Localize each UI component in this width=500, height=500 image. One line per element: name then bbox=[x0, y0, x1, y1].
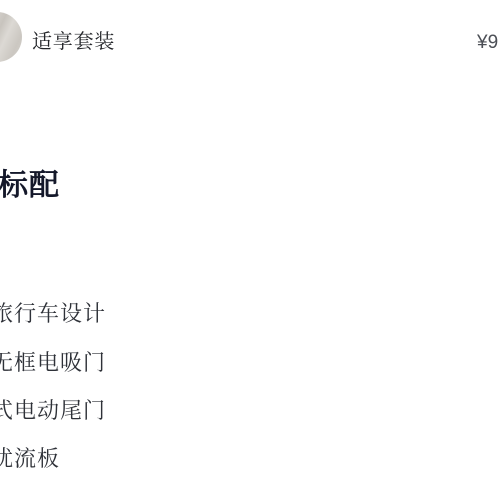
feature-item-spoiler: 扰流板 bbox=[0, 445, 60, 472]
package-price: ¥9 bbox=[477, 31, 498, 54]
package-option-row[interactable]: 适享套装 ¥9 bbox=[0, 0, 500, 74]
package-detail-panel: 适享套装 ¥9 标配 旅行车设计 无框电吸门 式电动尾门 扰流板 bbox=[0, 0, 500, 500]
feature-item-wagon-design: 旅行车设计 bbox=[0, 300, 106, 327]
feature-item-frameless-doors: 无框电吸门 bbox=[0, 349, 106, 376]
package-thumbnail bbox=[0, 12, 22, 62]
standard-equipment-heading: 标配 bbox=[0, 168, 60, 204]
feature-item-power-tailgate: 式电动尾门 bbox=[0, 397, 106, 424]
package-name: 适享套装 bbox=[32, 30, 115, 54]
